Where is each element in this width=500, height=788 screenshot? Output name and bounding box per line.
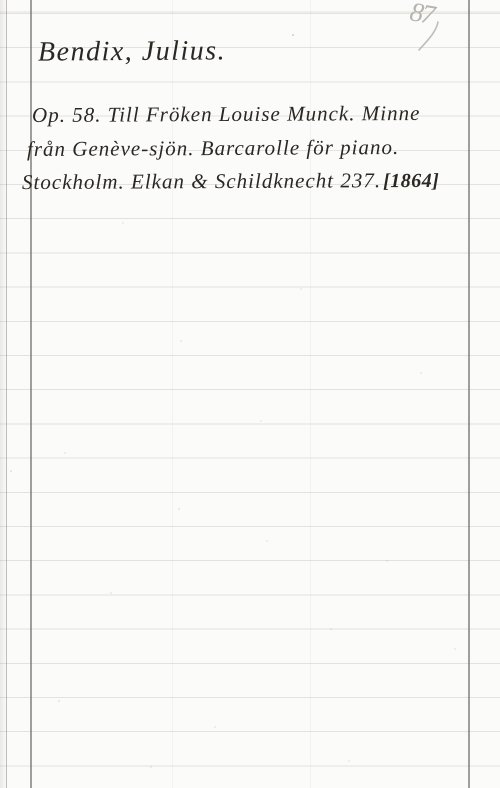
entry-publisher-line: Stockholm. Elkan & Schildknecht 237.[186… — [22, 168, 440, 195]
entry-heading-author: Bendix, Julius. — [38, 35, 226, 68]
entry-title-line: från Genève-sjön. Barcarolle för piano. — [27, 135, 399, 162]
right-margin-line — [468, 0, 470, 788]
pencil-annotation: 87 — [404, 0, 464, 58]
entry-dedication-line: Op. 58. Till Fröken Louise Munck. Minne — [32, 101, 421, 128]
publisher-text: Stockholm. Elkan & Schildknecht 237. — [22, 168, 381, 194]
left-edge-line — [6, 0, 7, 788]
scan-speckles — [0, 0, 2, 2]
catalog-card-page: 87 Bendix, Julius. Op. 58. Till Fröken L… — [0, 0, 500, 788]
year-stamp: [1864] — [383, 170, 439, 192]
